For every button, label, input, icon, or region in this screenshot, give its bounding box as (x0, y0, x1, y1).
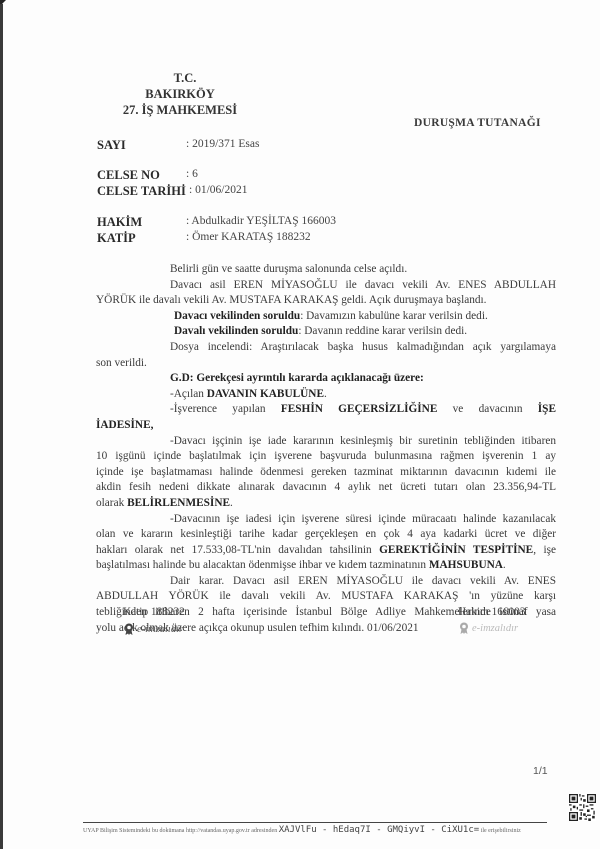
katip-e-signature: e-imzalıdır (124, 623, 183, 635)
paragraph-defendant-statement: Davalı vekilinden soruldu: Davanın reddi… (96, 324, 556, 340)
qr-code-icon (569, 794, 596, 821)
celse-no-value: : 6 (186, 168, 198, 180)
verdict-item-reinstatement-bold: FESHİN GEÇERSİZLİĞİNE (281, 403, 438, 415)
scan-edge (0, 4, 3, 849)
paragraph-compensation-line3: içinde işe başlatmaması halinde ödenmesi… (96, 465, 556, 481)
hakim-value: : Abdulkadir YEŞİLTAŞ 166003 (186, 215, 336, 227)
page-number: 1/1 (533, 765, 548, 777)
paragraph-decision-line2: ABDULLAH YÖRÜK ile davalı vekili Av. MUS… (96, 589, 556, 605)
plaintiff-statement-text: : Davamızın kabulüne karar verilsin dedi… (300, 310, 488, 322)
header-country: T.C. (150, 71, 220, 86)
paragraph-wages-line1: -Davacının işe iadesi için işverene süre… (96, 512, 556, 528)
paragraph-plaintiff-statement: Davacı vekilinden soruldu: Davamızın kab… (96, 309, 556, 325)
celse-no-label: CELSE NO (97, 168, 160, 183)
paragraph-compensation-line2: 10 işgünü içinde başlatılmak için işvere… (96, 449, 556, 465)
verification-code: XAJVlFu - hEdaq7I - GMQiyvI - CiXU1c= (279, 825, 479, 835)
paragraph-attendance-line2: YÖRÜK ile davalı vekili Av. MUSTAFA KARA… (96, 293, 556, 309)
wages-line3-post: , işe (533, 544, 556, 556)
paragraph-wages-line2: olan ve kararın kesinleştiği tarihe kada… (96, 527, 556, 543)
paragraph-attendance-line1: Davacı asil EREN MİYASOĞLU ile davacı ve… (96, 278, 556, 294)
paragraph-decision-line1: Dair karar. Davacı asil EREN MİYASOĞLU i… (96, 574, 556, 590)
footer-verification: UYAP Bilişim Sistemindeki bu dokümana ht… (83, 825, 521, 835)
footer-divider (83, 822, 547, 823)
verdict-item-acceptance-bold: DAVANIN KABULÜNE (207, 388, 324, 400)
paragraph-wages-line3: hakları olarak net 17.533,08-TL'nin dava… (96, 543, 556, 559)
header-court: 27. İŞ MAHKEMESİ (100, 103, 260, 118)
wages-line4-post: . (503, 559, 506, 571)
celse-tarihi-value: : 01/06/2021 (189, 184, 247, 196)
verdict-heading: G.D: Gerekçesi ayrıntılı kararda açıklan… (96, 371, 556, 387)
katip-label: KATİP (97, 231, 136, 246)
paragraph-compensation-line1: -Davacı işçinin işe iade kararının kesin… (96, 434, 556, 450)
wages-line3-pre: hakları olarak net 17.533,08-TL'nin dava… (96, 544, 379, 556)
katip-value: : Ömer KARATAŞ 188232 (186, 231, 311, 243)
seal-ribbon-icon (124, 623, 134, 635)
defendant-statement-text: : Davanın reddine karar verilsin dedi. (298, 325, 467, 337)
katip-e-signature-text: e-imzalıdır (137, 624, 183, 635)
hakim-signature-label: Hakim 166003 (458, 606, 525, 618)
paragraph-file-review-line2: son verildi. (96, 356, 556, 372)
compensation-line5-pre: olarak (96, 497, 127, 509)
document-title: DURUŞMA TUTANAĞI (414, 117, 541, 129)
verdict-item-reinstatement-bold2: İŞE (538, 403, 556, 415)
verdict-item-reinstatement-line2-text: İADESİNE, (96, 419, 153, 431)
compensation-line5-bold: BELİRLENMESİNE (127, 497, 230, 509)
plaintiff-statement-label: Davacı vekilinden soruldu (174, 310, 300, 322)
verdict-item-reinstatement-line1: -İşverence yapılan FESHİN GEÇERSİZLİĞİNE… (96, 402, 556, 418)
paragraph-compensation-line5: olarak BELİRLENMESİNE. (96, 496, 556, 512)
verdict-item-acceptance-pre: -Açılan (170, 388, 207, 400)
minutes-body: Belirli gün ve saatte duruşma salonunda … (96, 262, 556, 636)
hakim-e-signature-text: e-imzalıdır (472, 623, 518, 634)
header-city: BAKIRKÖY (120, 87, 240, 102)
compensation-line5-post: . (230, 497, 233, 509)
paragraph-opening: Belirli gün ve saatte duruşma salonunda … (96, 262, 556, 278)
verdict-item-reinstatement-mid: ve davacının (437, 403, 537, 415)
paragraph-file-review-line1: Dosya incelendi: Araştırılacak başka hus… (96, 340, 556, 356)
paragraph-wages-line4: başlatılması halinde bu alacaktan ödenmi… (96, 558, 556, 574)
wages-line4-pre: başlatılması halinde bu alacaktan ödenmi… (96, 559, 429, 571)
verdict-item-acceptance: -Açılan DAVANIN KABULÜNE. (96, 387, 556, 403)
paragraph-compensation-line4: akdin fesih nedeni dikkate alınarak dava… (96, 480, 556, 496)
sayi-value: : 2019/371 Esas (186, 138, 259, 150)
verdict-heading-text: G.D: Gerekçesi ayrıntılı kararda açıklan… (170, 372, 424, 384)
verdict-item-acceptance-post: . (324, 388, 327, 400)
katip-signature-label: Katip 188232 (123, 606, 185, 618)
verdict-item-reinstatement-line2: İADESİNE, (96, 418, 556, 434)
verdict-item-reinstatement-pre: -İşverence yapılan (170, 403, 281, 415)
wages-line4-bold: MAHSUBUNA (429, 559, 503, 571)
footer-suffix: ile erişebilirsiniz (481, 828, 521, 834)
sayi-label: SAYI (97, 138, 126, 153)
celse-tarihi-label: CELSE TARİHİ (97, 184, 186, 199)
hakim-e-signature: e-imzalıdır (459, 622, 518, 634)
seal-ribbon-icon (459, 622, 469, 634)
defendant-statement-label: Davalı vekilinden soruldu (174, 325, 298, 337)
wages-line3-bold: GEREKTİĞİNİN TESPİTİNE (379, 544, 533, 556)
footer-prefix: UYAP Bilişim Sistemindeki bu dokümana ht… (83, 828, 277, 834)
hakim-label: HAKİM (97, 215, 142, 230)
